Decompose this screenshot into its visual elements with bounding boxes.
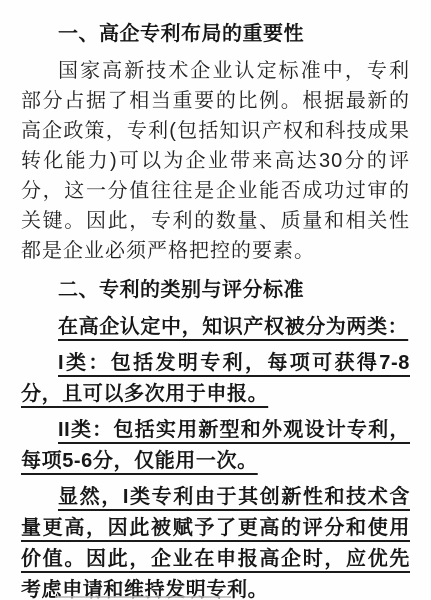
patent-classes-intro: 在高企认定中，知识产权被分为两类：: [21, 312, 410, 343]
section-2-heading: 二、专利的类别与评分标准: [21, 276, 410, 304]
conclusion-paragraph: 显然，I类专利由于其创新性和技术含量更高，因此被赋予了更高的评分和使用价值。因此…: [21, 482, 410, 600]
class-1-patent-paragraph: I类：包括发明专利，每项可获得7-8分，且可以多次用于申报。: [21, 348, 410, 410]
article-page: 一、高企专利布局的重要性 国家高新技术企业认定标准中，专利部分占据了相当重要的比…: [0, 0, 431, 600]
section-1-heading: 一、高企专利布局的重要性: [21, 20, 410, 48]
class-2-patent-paragraph: II类：包括实用新型和外观设计专利，每项5-6分，仅能用一次。: [21, 415, 410, 477]
section-1-paragraph: 国家高新技术企业认定标准中，专利部分占据了相当重要的比例。根据最新的高企政策，专…: [21, 56, 410, 266]
next-line-cutoff-fragment: [55, 596, 231, 598]
